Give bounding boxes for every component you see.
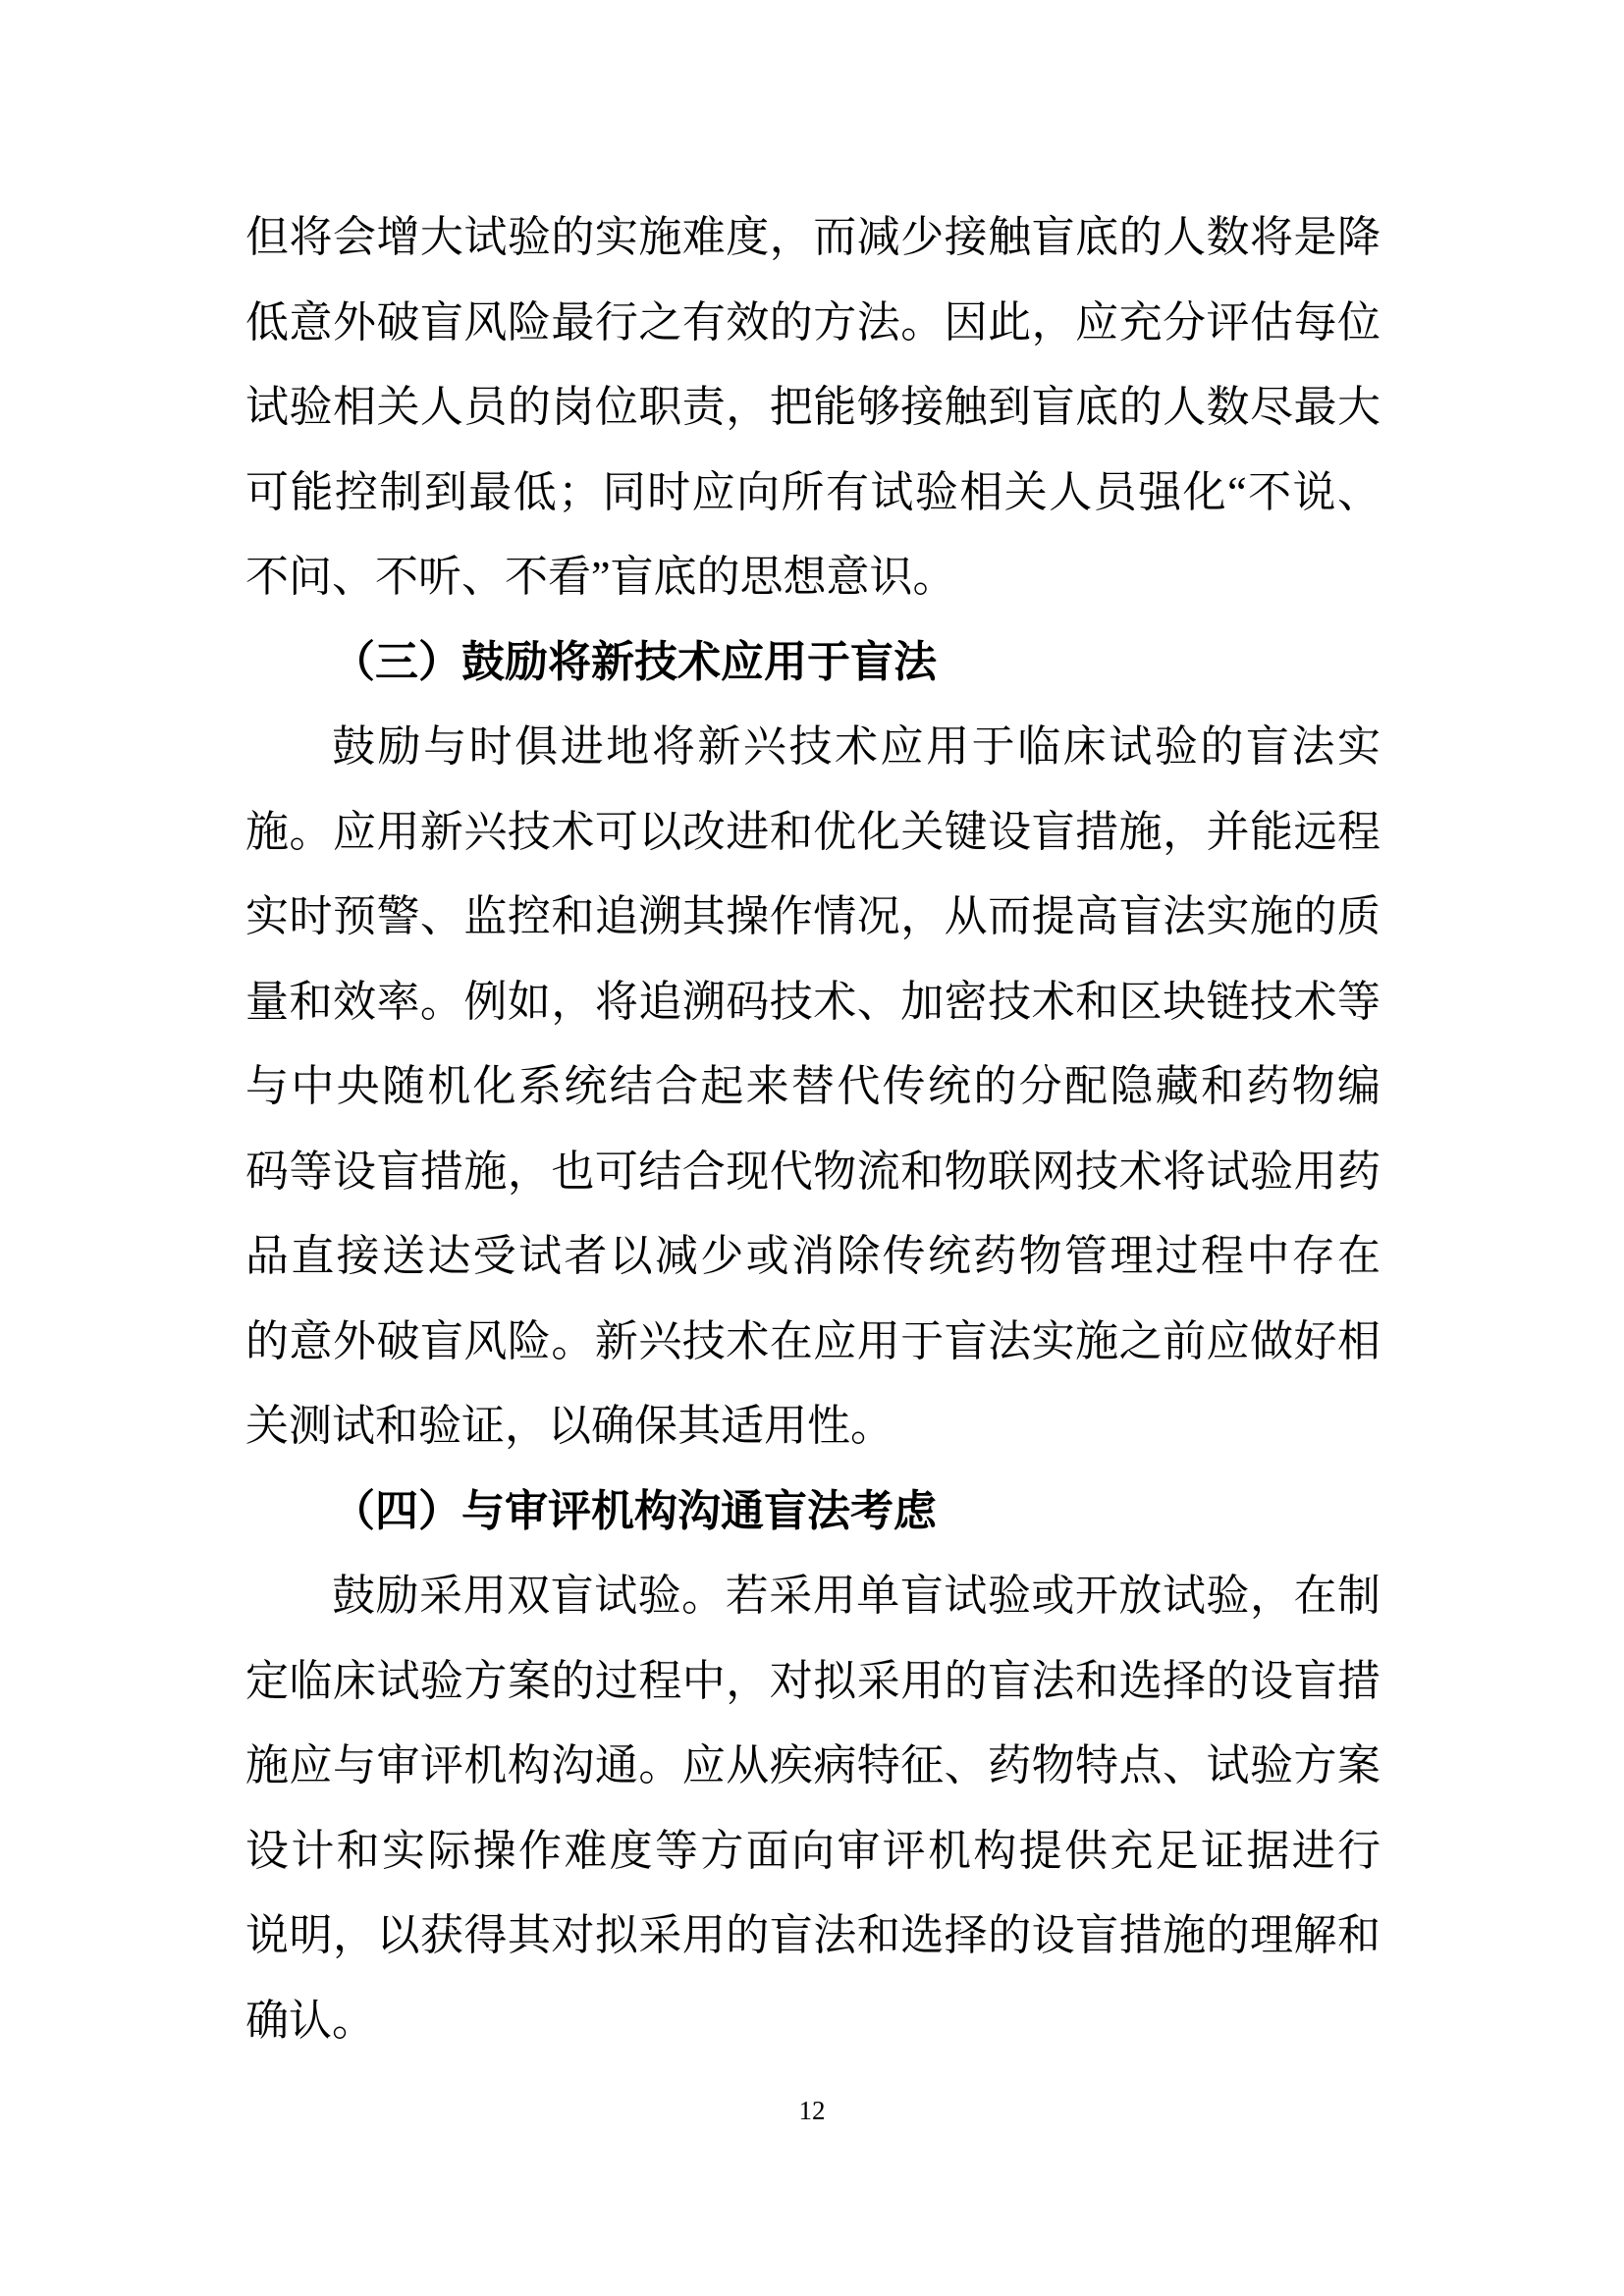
page-body-text: 但将会增大试验的实施难度，而减少接触盲底的人数将是降 低意外破盲风险最行之有效的… — [245, 195, 1380, 2063]
paragraph-line: 试验相关人员的岗位职责，把能够接触到盲底的人数尽最大 — [245, 365, 1380, 451]
paragraph-line: 说明，以获得其对拟采用的盲法和选择的设盲措施的理解和 — [245, 1894, 1380, 1979]
paragraph-line: 但将会增大试验的实施难度，而减少接触盲底的人数将是降 — [245, 195, 1380, 281]
document-page: 但将会增大试验的实施难度，而减少接触盲底的人数将是降 低意外破盲风险最行之有效的… — [0, 0, 1624, 2296]
section-heading-4: （四）与审评机构沟通盲法考虑 — [245, 1469, 1380, 1555]
paragraph-line: 可能控制到最低；同时应向所有试验相关人员强化“不说、 — [245, 451, 1380, 536]
paragraph-line: 定临床试验方案的过程中，对拟采用的盲法和选择的设盲措 — [245, 1639, 1380, 1725]
paragraph-line: 量和效率。例如，将追溯码技术、加密技术和区块链技术等 — [245, 960, 1380, 1045]
paragraph-line: 鼓励采用双盲试验。若采用单盲试验或开放试验，在制 — [245, 1554, 1380, 1639]
paragraph-line: 鼓励与时俱进地将新兴技术应用于临床试验的盲法实 — [245, 705, 1380, 790]
paragraph-line: 设计和实际操作难度等方面向审评机构提供充足证据进行 — [245, 1809, 1380, 1895]
paragraph-line: 施应与审评机构沟通。应从疾病特征、药物特点、试验方案 — [245, 1724, 1380, 1809]
paragraph-line: 不问、不听、不看”盲底的思想意识。 — [245, 535, 1380, 620]
paragraph-line: 码等设盲措施，也可结合现代物流和物联网技术将试验用药 — [245, 1130, 1380, 1215]
page-number: 12 — [0, 2091, 1624, 2130]
paragraph-line: 确认。 — [245, 1979, 1380, 2064]
paragraph-line: 关测试和验证，以确保其适用性。 — [245, 1384, 1380, 1469]
section-heading-3: （三）鼓励将新技术应用于盲法 — [245, 620, 1380, 706]
paragraph-line: 的意外破盲风险。新兴技术在应用于盲法实施之前应做好相 — [245, 1300, 1380, 1385]
paragraph-line: 实时预警、监控和追溯其操作情况，从而提高盲法实施的质 — [245, 875, 1380, 960]
paragraph-line: 低意外破盲风险最行之有效的方法。因此，应充分评估每位 — [245, 281, 1380, 366]
paragraph-line: 与中央随机化系统结合起来替代传统的分配隐藏和药物编 — [245, 1044, 1380, 1130]
paragraph-line: 施。应用新兴技术可以改进和优化关键设盲措施，并能远程 — [245, 790, 1380, 876]
paragraph-line: 品直接送达受试者以减少或消除传统药物管理过程中存在 — [245, 1214, 1380, 1300]
